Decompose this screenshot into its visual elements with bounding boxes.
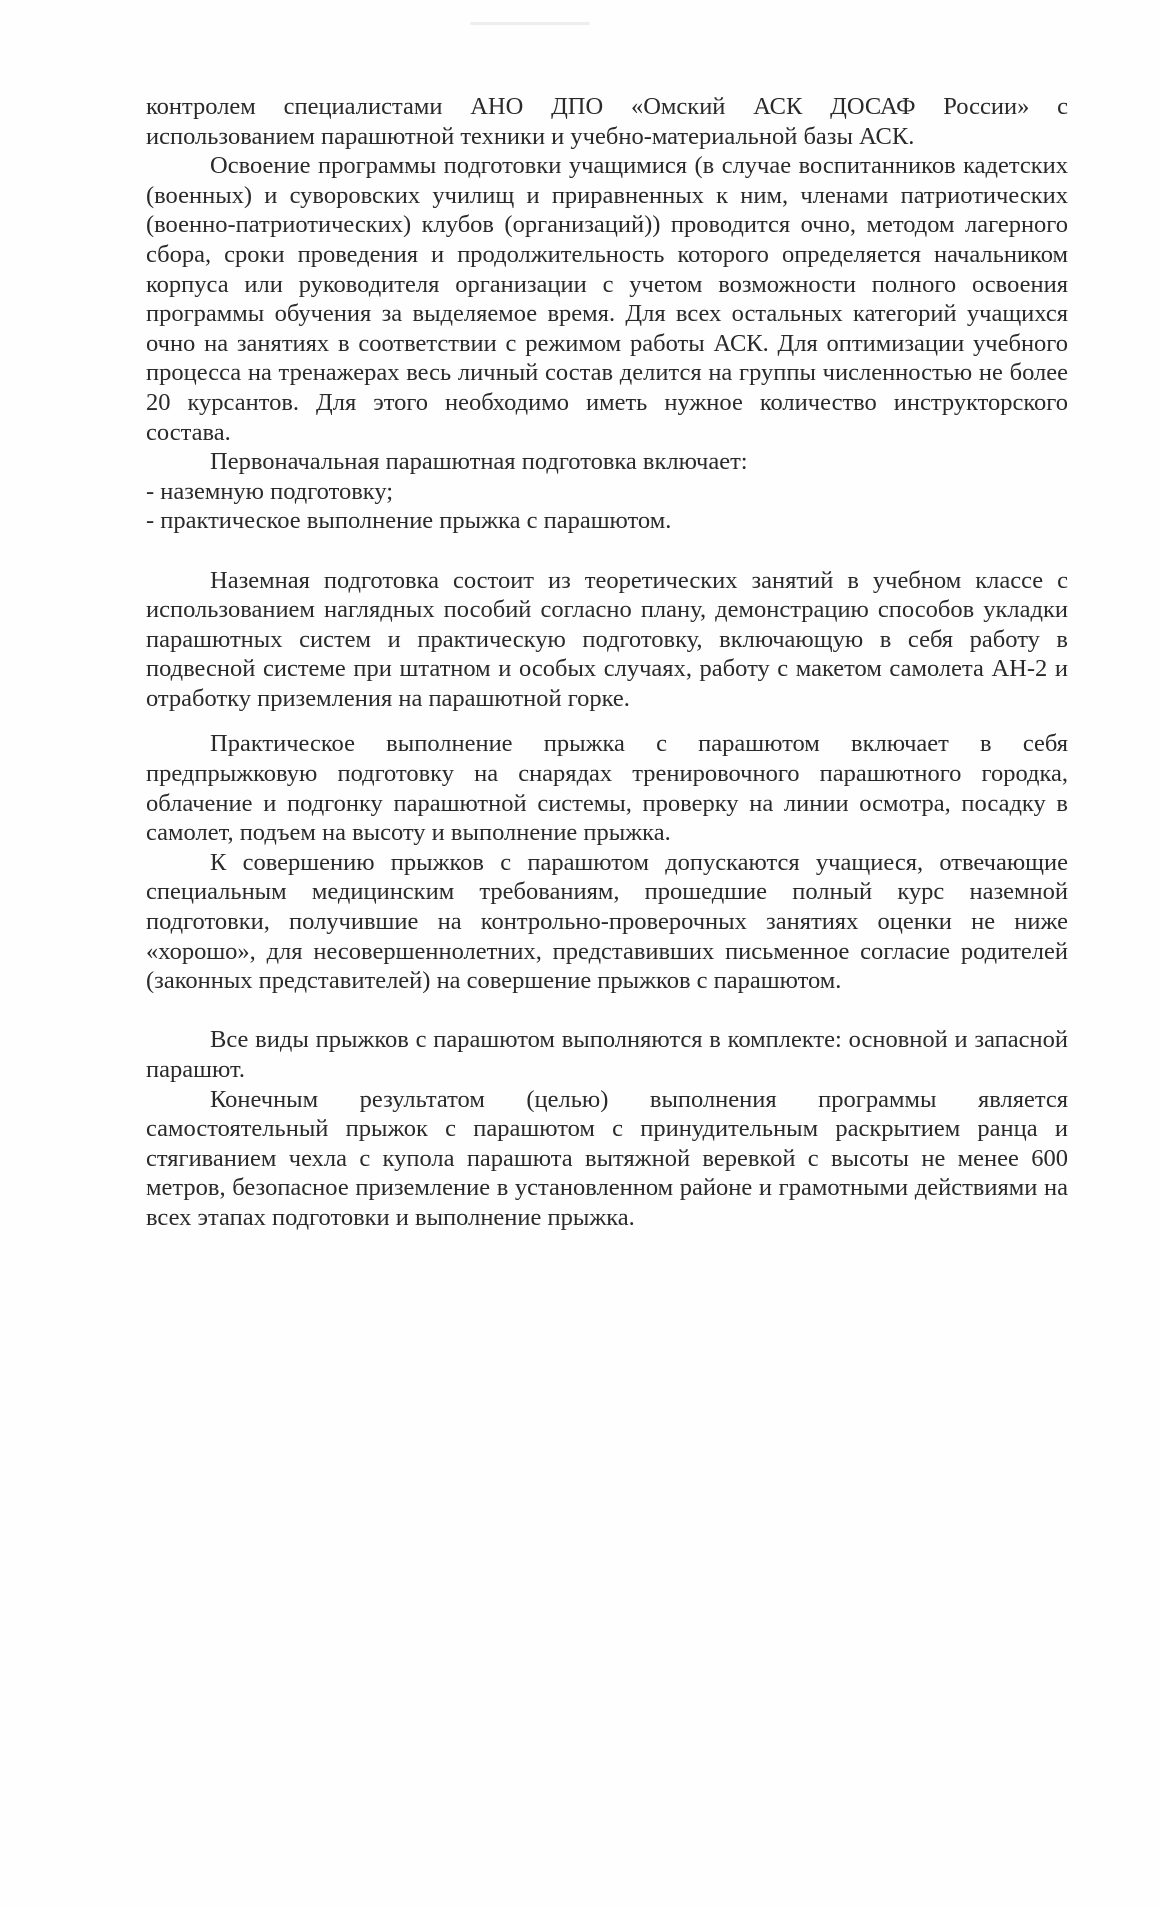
spacer [146,996,1068,1026]
paragraph-practical-jump: Практическое выполнение прыжка с парашют… [146,729,1068,847]
list-item-practical-jump: - практическое выполнение прыжка с параш… [146,506,1068,536]
paragraph-equipment: Все виды прыжков с парашютом выполняются… [146,1025,1068,1084]
scanned-page: контролем специалистами АНО ДПО «Омский … [0,0,1160,1908]
list-item-ground-training: - наземную подготовку; [146,477,1068,507]
document-body: контролем специалистами АНО ДПО «Омский … [146,92,1068,1233]
paragraph-final-result: Конечным результатом (целью) выполнения … [146,1085,1068,1233]
paragraph-program-mastery: Освоение программы подготовки учащимися … [146,151,1068,447]
paragraph-initial-training: Первоначальная парашютная подготовка вкл… [146,447,1068,477]
paragraph-ground-training: Наземная подготовка состоит из теоретиче… [146,566,1068,714]
spacer [146,713,1068,729]
spacer [146,536,1068,566]
paragraph-intro-continuation: контролем специалистами АНО ДПО «Омский … [146,92,1068,151]
scan-artifact [470,22,590,25]
paragraph-admission: К совершению прыжков с парашютом допуска… [146,848,1068,996]
